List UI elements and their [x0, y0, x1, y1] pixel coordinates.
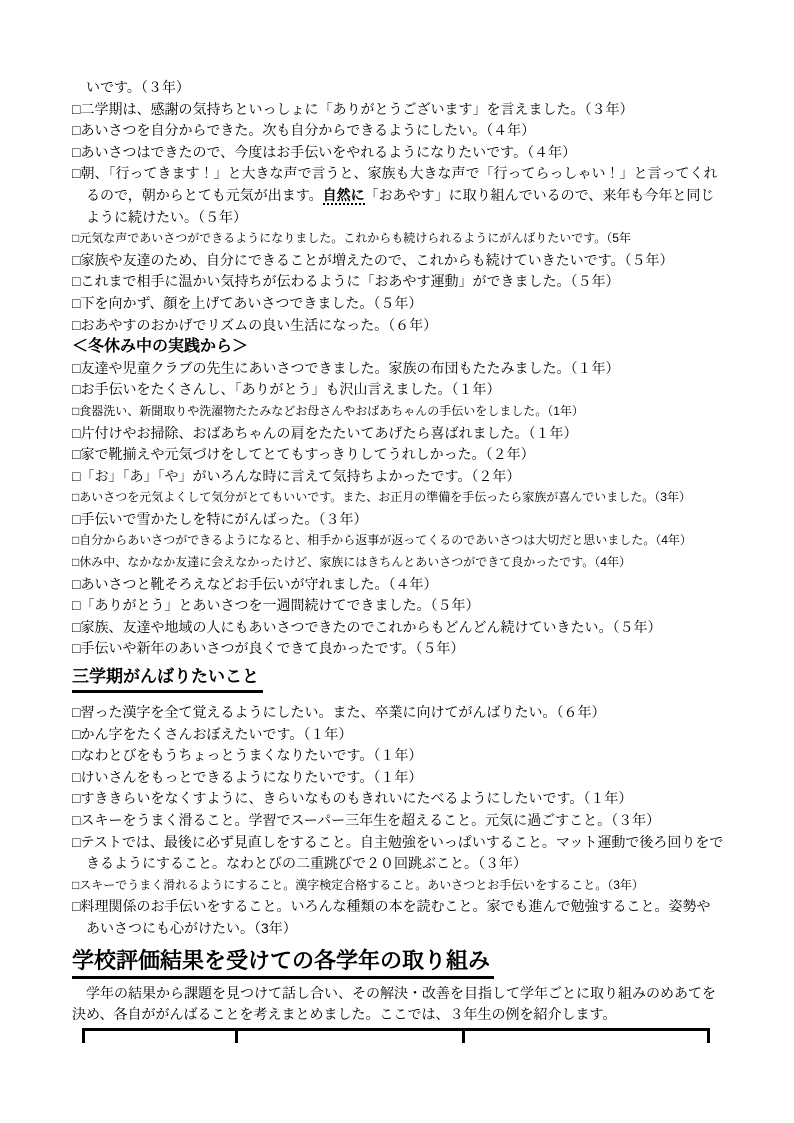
- table-left-edge: [82, 1031, 85, 1043]
- item-text: けいさんをもっとできるようになりたいです。（１年）: [80, 769, 422, 785]
- item-text: 自分からあいさつができるようになると、相手から返事が返ってくるのであいさつは大切…: [79, 533, 692, 547]
- list-item: □あいさつを自分からできた。次も自分からできるようにしたい。（４年）: [72, 120, 724, 142]
- emphasized-text: 自然に: [323, 187, 365, 205]
- item-text: あいさつを元気よくして気分がとてもいいです。また、お正月の準備を手伝ったら家族が…: [79, 490, 691, 504]
- list-item: □スキーをうまく滑ること。学習でスーパー三年生を超えること。元気に過ごすこと。（…: [72, 810, 724, 832]
- list-item: □あいさつと靴そろえなどお手伝いが守れました。（４年）: [72, 574, 724, 596]
- item-text: 「お」「あ」「や」がいろんな時に言えて気持ちよかったです。（２年）: [80, 468, 520, 484]
- table-column-divider: [235, 1031, 238, 1043]
- list-item: □二学期は、感謝の気持ちといっしょに「ありがとうございます」を言えました。（３年…: [72, 99, 724, 121]
- document-content: いです。（３年）□二学期は、感謝の気持ちといっしょに「ありがとうございます」を言…: [72, 77, 724, 1044]
- list-item: □あいさつを元気よくして気分がとてもいいです。また、お正月の準備を手伝ったら家族…: [72, 487, 724, 509]
- item-text: すききらいをなくすように、きらいなものもきれいにたべるようにしたいです。（１年）: [80, 790, 632, 806]
- list-item: いです。（３年）: [72, 77, 724, 99]
- list-item: □片付けやお掃除、おばあちゃんの肩をたたいてあげたら喜ばれました。（１年）: [72, 423, 724, 445]
- section-heading: 学校評価結果を受けての各学年の取り組み: [72, 946, 494, 979]
- item-text: いです。（３年）: [86, 79, 190, 95]
- item-text: あいさつはできたので、今度はお手伝いをやれるようになりたいです。（４年）: [80, 144, 576, 160]
- item-text: 家族、友達や地域の人にもあいさつできたのでこれからもどんどん続けていきたい。（５…: [80, 619, 661, 635]
- list-item: □家族、友達や地域の人にもあいさつできたのでこれからもどんどん続けていきたい。（…: [72, 617, 724, 639]
- item-text: かん字をたくさんおぼえたいです。（１年）: [80, 726, 352, 742]
- list-item: □朝、「行ってきます！」と大きな声で言うと、家族も大きな声で「行ってらっしゃい！…: [72, 163, 724, 228]
- item-text: これまで相手に温かい気持ちが伝わるように「おあやす運動」ができました。（５年）: [80, 273, 619, 289]
- list-item: □手伝いで雪かたしを特にがんばった。（３年）: [72, 509, 724, 531]
- list-item: □「お」「あ」「や」がいろんな時に言えて気持ちよかったです。（２年）: [72, 466, 724, 488]
- list-item: □料理関係のお手伝いをすること。いろんな種類の本を読むこと。家でも進んで勉強する…: [72, 896, 724, 939]
- list-item: □かん字をたくさんおぼえたいです。（１年）: [72, 724, 724, 746]
- list-item: □元気な声であいさつができるようになりました。これからも続けられるようにがんばり…: [72, 228, 724, 250]
- item-text: おあやすのおかげでリズムの良い生活になった。（６年）: [80, 317, 437, 333]
- item-text: 料理関係のお手伝いをすること。いろんな種類の本を読むこと。家でも進んで勉強するこ…: [80, 898, 710, 936]
- item-text: 「ありがとう」とあいさつを一週間続けてできました。（５年）: [80, 597, 479, 613]
- table-column-divider: [462, 1031, 465, 1043]
- item-text: スキーでうまく滑れるようにすること。漢字検定合格すること。あいさつとお手伝いをす…: [79, 878, 644, 892]
- item-text: 家族や友達のため、自分にできることが増えたので、これからも続けていきたいです。（…: [80, 252, 673, 268]
- table-right-edge: [707, 1031, 710, 1043]
- list-item: □手伝いや新年のあいさつが良くできて良かったです。（５年）: [72, 638, 724, 660]
- section-winter-break-practice: ＜冬休み中の実践から＞□友達や児童クラブの先生にあいさつできました。家族の布団も…: [72, 336, 724, 660]
- item-text: 家で靴揃えや元気づけをしてとてもすっきりしてうれしかった。（２年）: [80, 446, 534, 462]
- list-item: □「ありがとう」とあいさつを一週間続けてできました。（５年）: [72, 595, 724, 617]
- item-text: なわとびをもうちょっとうまくなりたいです。（１年）: [80, 747, 422, 763]
- list-item: □お手伝いをたくさんし、「ありがとう」も沢山言えました。（１年）: [72, 379, 724, 401]
- item-text: 片付けやお掃除、おばあちゃんの肩をたたいてあげたら喜ばれました。（１年）: [80, 425, 577, 441]
- list-item: □自分からあいさつができるようになると、相手から返事が返ってくるのであいさつは大…: [72, 530, 724, 552]
- list-item: □これまで相手に温かい気持ちが伝わるように「おあやす運動」ができました。（５年）: [72, 271, 724, 293]
- table-top-border: [82, 1028, 710, 1044]
- list-item: □おあやすのおかげでリズムの良い生活になった。（６年）: [72, 315, 724, 337]
- section-third-term-goals: 三学期がんばりたいこと□習った漢字を全て覚えるようにしたい。また、卒業に向けてが…: [72, 664, 724, 940]
- list-item: □テストでは、最後に必ず見直しをすること。自主勉強をいっぱいすること。マット運動…: [72, 832, 724, 875]
- list-item: □下を向かず、顔を上げてあいさつできました。（５年）: [72, 293, 724, 315]
- list-item: □家で靴揃えや元気づけをしてとてもすっきりしてうれしかった。（２年）: [72, 444, 724, 466]
- list-item: □友達や児童クラブの先生にあいさつできました。家族の布団もたたみました。（１年）: [72, 358, 724, 380]
- item-text: 休み中、なかなか友達に会えなかったけど、家族にはきちんとあいさつができて良かった…: [79, 555, 631, 569]
- section-heading: ＜冬休み中の実践から＞: [72, 336, 724, 358]
- item-text: 下を向かず、顔を上げてあいさつできました。（５年）: [80, 295, 422, 311]
- list-item: □食器洗い、新聞取りや洗濯物たたみなどお母さんやおばあちゃんの手伝いをしました。…: [72, 401, 724, 423]
- item-text: 食器洗い、新聞取りや洗濯物たたみなどお母さんやおばあちゃんの手伝いをしました。（…: [79, 404, 584, 418]
- section-paragraph: 学年の結果から課題を見つけて話し合い、その解決・改善を目指して学年ごとに取り組み…: [72, 983, 724, 1026]
- item-text: 手伝いで雪かたしを特にがんばった。（３年）: [80, 511, 367, 527]
- list-item: □習った漢字を全て覚えるようにしたい。また、卒業に向けてがんばりたい。（６年）: [72, 702, 724, 724]
- list-item: □すききらいをなくすように、きらいなものもきれいにたべるようにしたいです。（１年…: [72, 788, 724, 810]
- item-text: 習った漢字を全て覚えるようにしたい。また、卒業に向けてがんばりたい。（６年）: [80, 704, 605, 720]
- list-item: □あいさつはできたので、今度はお手伝いをやれるようになりたいです。（４年）: [72, 142, 724, 164]
- item-text: お手伝いをたくさんし、「ありがとう」も沢山言えました。（１年）: [80, 381, 500, 397]
- item-text: テストでは、最後に必ず見直しをすること。自主勉強をいっぱいすること。マット運動で…: [80, 834, 723, 872]
- item-text: 手伝いや新年のあいさつが良くできて良かったです。（５年）: [80, 640, 464, 656]
- item-text: 友達や児童クラブの先生にあいさつできました。家族の布団もたたみました。（１年）: [80, 360, 619, 376]
- list-item: □スキーでうまく滑れるようにすること。漢字検定合格すること。あいさつとお手伝いを…: [72, 875, 724, 897]
- item-text: あいさつを自分からできた。次も自分からできるようにしたい。（４年）: [80, 122, 535, 138]
- section-second-term-reflections: いです。（３年）□二学期は、感謝の気持ちといっしょに「ありがとうございます」を言…: [72, 77, 724, 336]
- list-item: □なわとびをもうちょっとうまくなりたいです。（１年）: [72, 745, 724, 767]
- list-item: □家族や友達のため、自分にできることが増えたので、これからも続けていきたいです。…: [72, 250, 724, 272]
- item-text: 元気な声であいさつができるようになりました。これからも続けられるようにがんばりた…: [79, 231, 631, 245]
- document-page: いです。（３年）□二学期は、感謝の気持ちといっしょに「ありがとうございます」を言…: [0, 0, 794, 1123]
- section-school-evaluation-initiatives: 学校評価結果を受けての各学年の取り組み 学年の結果から課題を見つけて話し合い、そ…: [72, 946, 724, 1026]
- item-text: 二学期は、感謝の気持ちといっしょに「ありがとうございます」を言えました。（３年）: [80, 101, 633, 117]
- section-heading: 三学期がんばりたいこと: [72, 664, 263, 693]
- list-item: □けいさんをもっとできるようになりたいです。（１年）: [72, 767, 724, 789]
- item-text: スキーをうまく滑ること。学習でスーパー三年生を超えること。元気に過ごすこと。（３…: [80, 812, 660, 828]
- item-text: あいさつと靴そろえなどお手伝いが守れました。（４年）: [80, 576, 437, 592]
- list-item: □休み中、なかなか友達に会えなかったけど、家族にはきちんとあいさつができて良かっ…: [72, 552, 724, 574]
